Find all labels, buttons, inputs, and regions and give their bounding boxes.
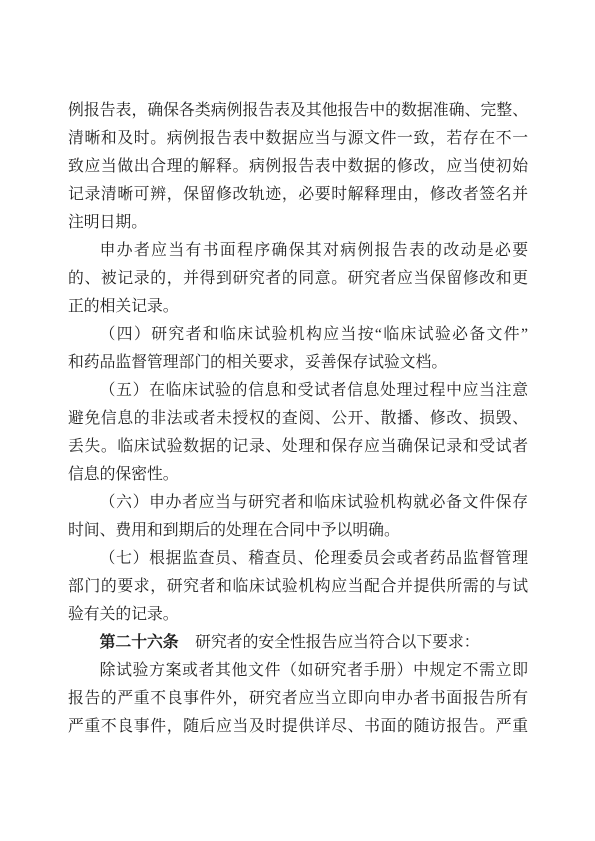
text-line: 第二十六条研究者的安全性报告应当符合以下要求： <box>68 629 528 657</box>
article-number-heading: 第二十六条 <box>100 634 179 651</box>
text-line: 例报告表，确保各类病例报告表及其他报告中的数据准确、完整、 <box>68 97 528 125</box>
text-line: （七）根据监查员、稽查员、伦理委员会或者药品监督管理 <box>68 545 528 573</box>
text-block: 例报告表，确保各类病例报告表及其他报告中的数据准确、完整、清晰和及时。病例报告表… <box>68 97 528 741</box>
text-line: 报告的严重不良事件外，研究者应当立即向申办者书面报告所有 <box>68 685 528 713</box>
text-line: 清晰和及时。病例报告表中数据应当与源文件一致，若存在不一 <box>68 125 528 153</box>
text-line: 和药品监督管理部门的相关要求，妥善保存试验文档。 <box>68 349 528 377</box>
text-line: 致应当做出合理的解释。病例报告表中数据的修改，应当使初始 <box>68 153 528 181</box>
text-line: （六）申办者应当与研究者和临床试验机构就必备文件保存 <box>68 489 528 517</box>
text-line: （五）在临床试验的信息和受试者信息处理过程中应当注意 <box>68 377 528 405</box>
text-line: 信息的保密性。 <box>68 461 528 489</box>
text-line: 严重不良事件，随后应当及时提供详尽、书面的随访报告。严重 <box>68 713 528 741</box>
text-line: （四）研究者和临床试验机构应当按“临床试验必备文件” <box>68 321 528 349</box>
text-line: 正的相关记录。 <box>68 293 528 321</box>
text-line: 申办者应当有书面程序确保其对病例报告表的改动是必要 <box>68 237 528 265</box>
document-page: 例报告表，确保各类病例报告表及其他报告中的数据准确、完整、清晰和及时。病例报告表… <box>0 0 595 841</box>
text-line: 丢失。临床试验数据的记录、处理和保存应当确保记录和受试者 <box>68 433 528 461</box>
text-line: 时间、费用和到期后的处理在合同中予以明确。 <box>68 517 528 545</box>
text-line: 验有关的记录。 <box>68 601 528 629</box>
text-line: 注明日期。 <box>68 209 528 237</box>
text-line: 记录清晰可辨，保留修改轨迹，必要时解释理由，修改者签名并 <box>68 181 528 209</box>
text-line: 避免信息的非法或者未授权的查阅、公开、散播、修改、损毁、 <box>68 405 528 433</box>
text-line: 除试验方案或者其他文件（如研究者手册）中规定不需立即 <box>68 657 528 685</box>
text-line: 的、被记录的，并得到研究者的同意。研究者应当保留修改和更 <box>68 265 528 293</box>
text-line: 部门的要求，研究者和临床试验机构应当配合并提供所需的与试 <box>68 573 528 601</box>
